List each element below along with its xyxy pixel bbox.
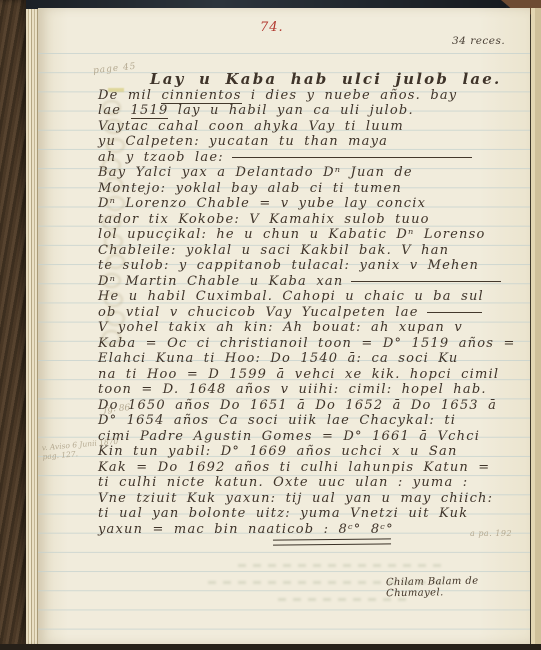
cover-board-bottom [0, 644, 541, 650]
bleed-through-mark [102, 100, 121, 115]
manuscript-line: Kak = Do 1692 años ti culhi lahunpis Kat… [98, 460, 530, 476]
manuscript-line: ah y tzaob lae: [98, 150, 530, 166]
end-of-section-rule [273, 538, 391, 545]
manuscript-line: lol upucçikal: he u chun u Kabatic Dⁿ Lo… [98, 227, 530, 243]
manuscript-line: te sulob: y cappitanob tulacal: yanix v … [98, 258, 530, 274]
manuscript-line: He u habil Cuximbal. Cahopi u chaic u ba… [98, 289, 530, 305]
manuscript-line: cimi Padre Agustin Gomes = D° 1661 ā Vch… [98, 429, 530, 445]
page-number: 74. [260, 20, 284, 35]
manuscript-line: ob vtial v chucicob Vay Yucalpeten lae [98, 305, 530, 321]
manuscript-line: Vaytac cahal coon ahyka Vay ti luum [98, 119, 530, 135]
bleed-through-mark [104, 292, 123, 307]
manuscript-line: ti culhi nicte katun. Oxte uuc ulan : yu… [98, 475, 530, 491]
manuscript-photo: 74. 34 reces. page 45 fg. 86 v. Aviso 6 … [0, 0, 541, 650]
manuscript-line: yaxun = mac bin naaticob : 8ᶜ° 8ᶜ° [98, 522, 530, 538]
manuscript-line: lae 1519 lay u habil yan ca uli julob. [98, 103, 530, 119]
bleed-through-text [238, 564, 448, 567]
inline-fill-rule [427, 311, 482, 313]
manuscript-line: Dⁿ Lorenzo Chable = v yube lay concix [98, 196, 530, 212]
manuscript-line: na ti Hoo = D 1599 ā vehci xe kik. hopci… [98, 367, 530, 383]
manuscript-line: Do 1650 años Do 1651 ā Do 1652 ā Do 1653… [98, 398, 530, 414]
manuscript-line: tador tix Kokobe: V Kamahix sulob tuuo [98, 212, 530, 228]
manuscript-line: Vne tziuit Kuk yaxun: tij ual yan u may … [98, 491, 530, 507]
manuscript-line: yu Calpeten: yucatan tu than maya [98, 134, 530, 150]
manuscript-line: D° 1654 años Ca soci uiik lae Chacykal: … [98, 413, 530, 429]
manuscript-line: Elahci Kuna ti Hoo: Do 1540 ā: ca soci K… [98, 351, 530, 367]
book-binding [0, 0, 26, 650]
manuscript-heading-line: Lay u Kaba hab ulci julob lae. [98, 72, 530, 88]
bleed-through-mark [102, 158, 121, 173]
manuscript-line: Montejo: yoklal bay alab ci ti tumen [98, 181, 530, 197]
page-right-edge [529, 8, 541, 644]
manuscript-line: toon = D. 1648 años v uiihi: cimil: hope… [98, 382, 530, 398]
footer-attribution: Chilam Balam de Chumayel. [386, 575, 530, 600]
manuscript-line: Kaba = Oc ci christianoil toon = D° 1519… [98, 336, 530, 352]
manuscript-text-block: Lay u Kaba hab ulci julob lae.De mil cin… [98, 72, 530, 537]
bleed-through-mark [106, 196, 125, 211]
inline-fill-rule [232, 156, 472, 158]
line-count-note: 34 reces. [452, 35, 505, 47]
bleed-through-mark [106, 254, 125, 269]
manuscript-line: Bay Yalci yax a Delantado Dⁿ Juan de [98, 165, 530, 181]
bleed-through-mark [104, 177, 123, 192]
manuscript-line: V yohel takix ah kin: Ah bouat: ah xupan… [98, 320, 530, 336]
inline-fill-rule [351, 280, 501, 282]
manuscript-line: Dⁿ Martin Chable u Kaba xan [98, 274, 530, 290]
manuscript-line: De mil cinnientos i dies y nuebe años. b… [98, 88, 530, 104]
manuscript-page: 74. 34 reces. page 45 fg. 86 v. Aviso 6 … [38, 8, 530, 644]
bleed-through-mark [102, 273, 121, 288]
manuscript-line: Chableile: yoklal u saci Kakbil bak. V h… [98, 243, 530, 259]
manuscript-line: Kin tun yabil: D° 1669 años uchci x u Sa… [98, 444, 530, 460]
manuscript-line: ti ual yan bolonte uitz: yuma Vnetzi uit… [98, 506, 530, 522]
